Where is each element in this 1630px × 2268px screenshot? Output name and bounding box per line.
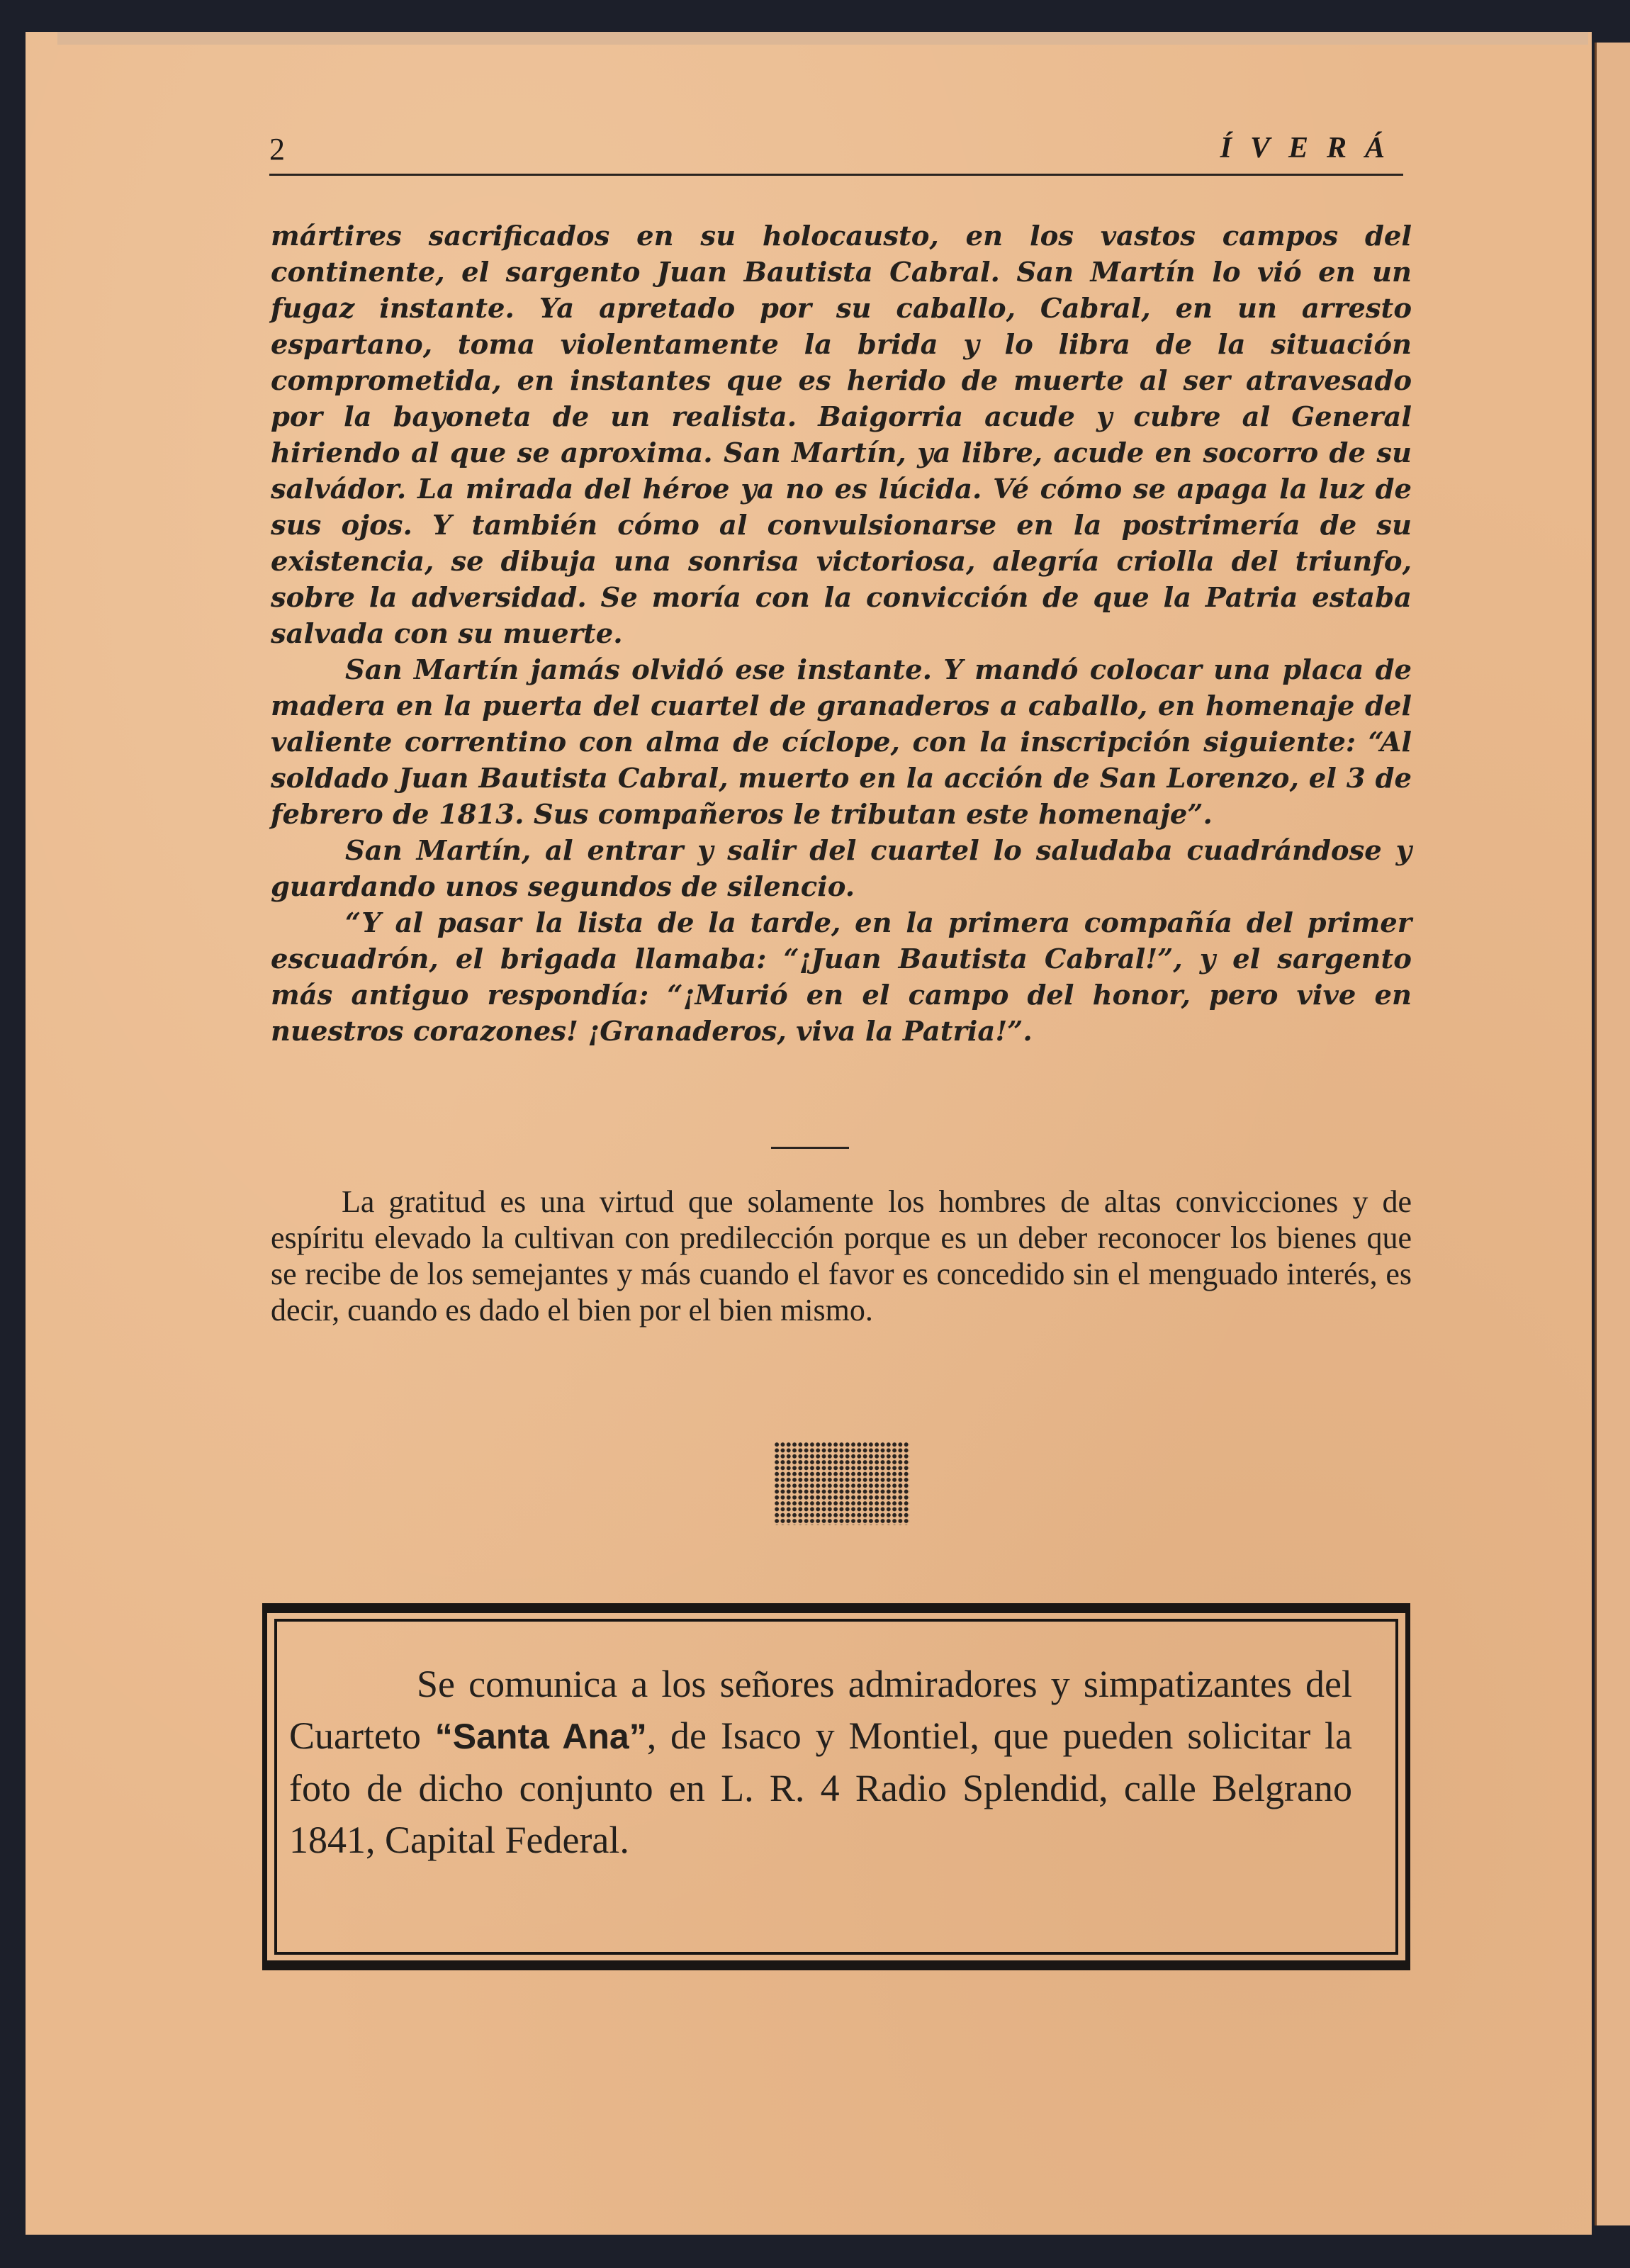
section-divider xyxy=(771,1147,849,1149)
article-paragraph: San Martín jamás olvidó ese instante. Y … xyxy=(271,652,1412,833)
article-paragraph: mártires sacrificados en su holocausto, … xyxy=(271,218,1412,652)
notice-paragraph: Se comunica a los señores admiradores y … xyxy=(289,1658,1352,1866)
running-title: ÍVERÁ xyxy=(1220,131,1403,165)
page-number: 2 xyxy=(269,131,285,167)
page-header: 2 ÍVERÁ xyxy=(269,131,1403,176)
reflection-paragraph: La gratitud es una virtud que solamente … xyxy=(271,1184,1412,1328)
article-paragraph: “Y al pasar la lista de la tarde, en la … xyxy=(271,905,1412,1050)
halftone-dot-ornament xyxy=(774,1442,910,1525)
article-body: mártires sacrificados en su holocausto, … xyxy=(271,218,1412,1050)
adjacent-page-edge xyxy=(1595,43,1630,2225)
notice-highlight-name: “Santa Ana” xyxy=(435,1717,647,1756)
notice-body: Se comunica a los señores admiradores y … xyxy=(289,1658,1352,1866)
article-paragraph: San Martín, al entrar y salir del cuarte… xyxy=(271,833,1412,905)
paper-torn-edge xyxy=(57,32,1588,45)
reflection-block: La gratitud es una virtud que solamente … xyxy=(271,1184,1412,1328)
